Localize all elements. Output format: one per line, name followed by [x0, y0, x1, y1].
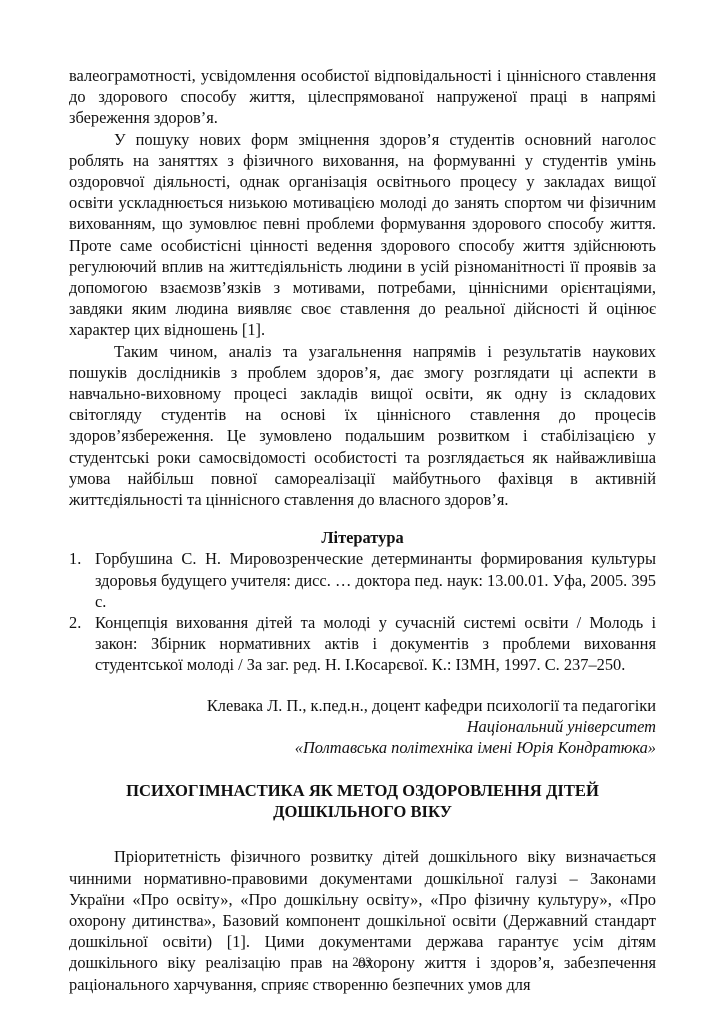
references-heading: Література	[69, 527, 656, 548]
reference-text: Горбушина С. Н. Мировозренческие детерми…	[95, 549, 656, 610]
reference-item: 2. Концепція виховання дітей та молоді у…	[69, 612, 656, 676]
article-title: ПСИХОГІМНАСТИКА ЯК МЕТОД ОЗДОРОВЛЕННЯ ДІ…	[69, 780, 656, 822]
author-affiliation: Національний університет	[69, 716, 656, 737]
author-institution: «Полтавська політехніка імені Юрія Кондр…	[69, 737, 656, 758]
page-number: 293	[0, 954, 724, 970]
intro-paragraph: валеограмотності, усвідомлення особистої…	[69, 65, 656, 129]
reference-item: 1. Горбушина С. Н. Мировозренческие дете…	[69, 548, 656, 612]
paragraph-conclusion: Таким чином, аналіз та узагальнення напр…	[69, 341, 656, 511]
reference-number: 2.	[69, 612, 81, 633]
article-paragraph: Пріоритетність фізичного розвитку дітей …	[69, 846, 656, 994]
reference-number: 1.	[69, 548, 81, 569]
author-block: Клевака Л. П., к.пед.н., доцент кафедри …	[69, 695, 656, 759]
references-list: 1. Горбушина С. Н. Мировозренческие дете…	[69, 548, 656, 675]
document-page: валеограмотності, усвідомлення особистої…	[69, 65, 656, 995]
author-name: Клевака Л. П., к.пед.н., доцент кафедри …	[69, 695, 656, 716]
paragraph-health-strengthening: У пошуку нових форм зміцнення здоров’я с…	[69, 129, 656, 341]
reference-text: Концепція виховання дітей та молоді у су…	[95, 613, 656, 674]
